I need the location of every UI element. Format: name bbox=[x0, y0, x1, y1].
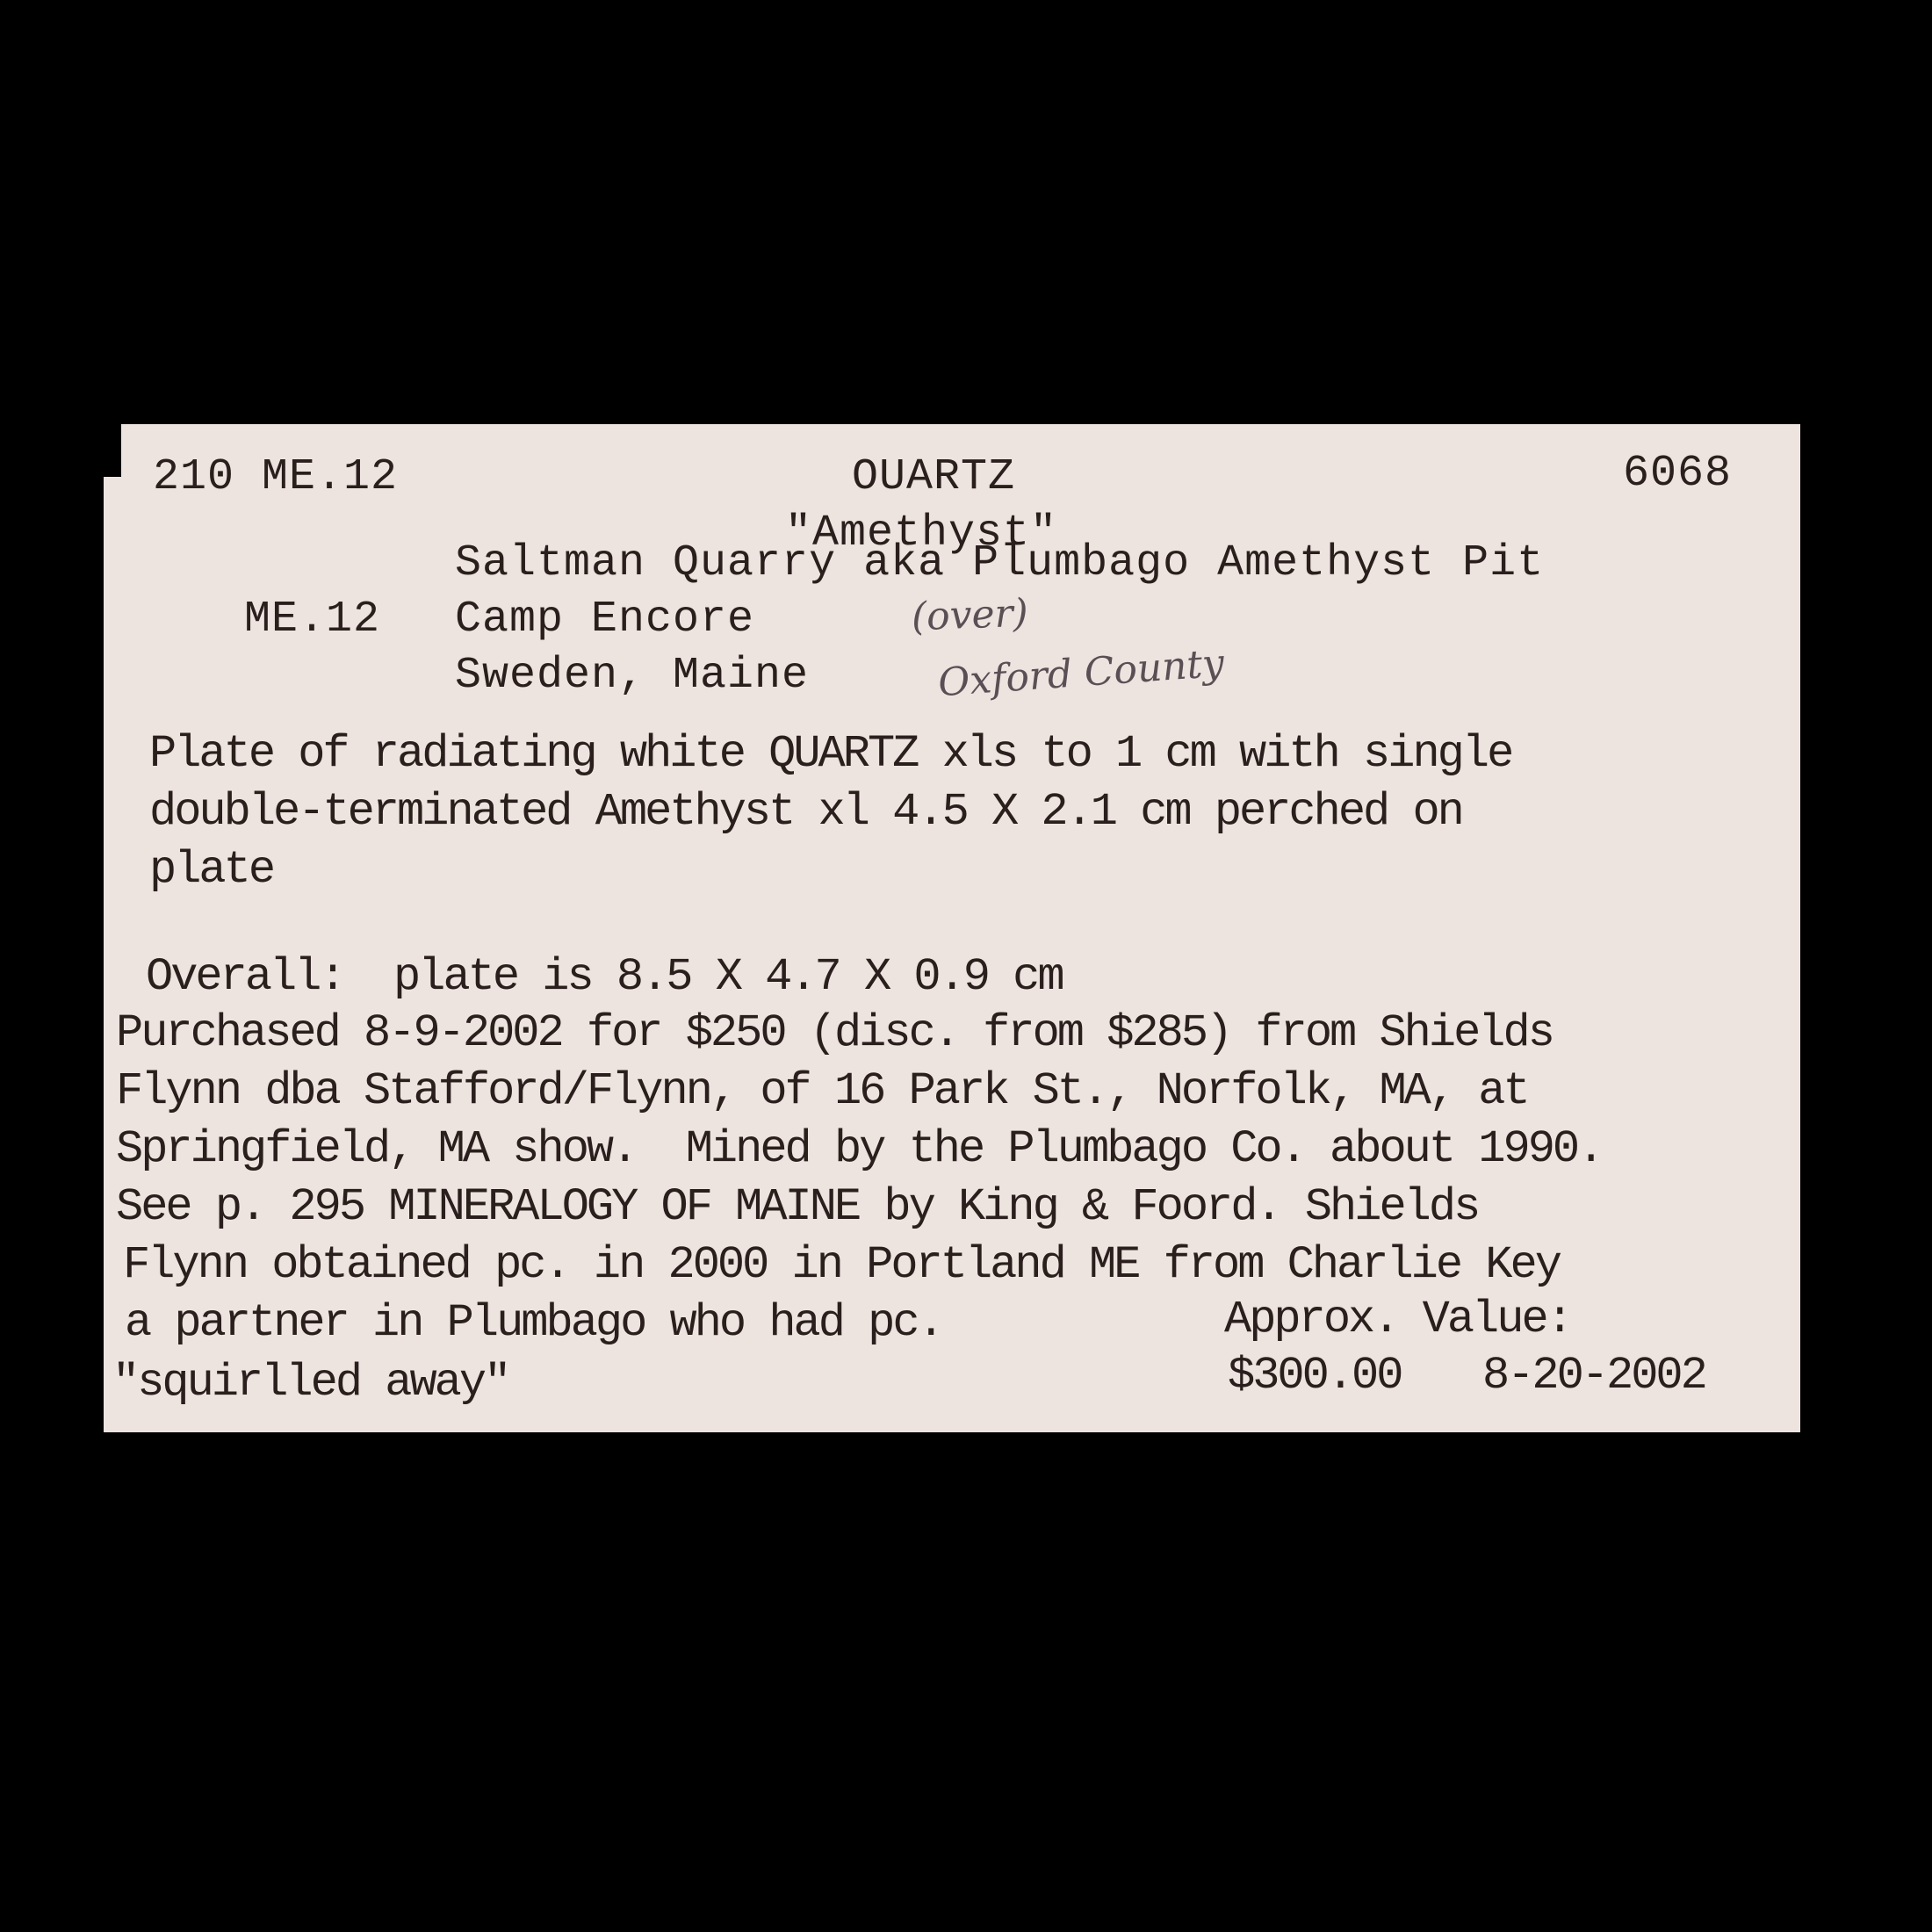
description-line-2: double-terminated Amethyst xl 4.5 X 2.1 … bbox=[149, 789, 1462, 835]
description-line-1: Plate of radiating white QUARTZ xls to 1… bbox=[149, 732, 1511, 777]
provenance-line-4: See p. 295 MINERALOGY OF MAINE by King &… bbox=[116, 1185, 1478, 1230]
provenance-line-5: Flynn obtained pc. in 2000 in Portland M… bbox=[123, 1243, 1560, 1288]
valuation-date: 8-20-2002 bbox=[1482, 1353, 1705, 1399]
approx-value-amount: $300.00 bbox=[1228, 1353, 1401, 1399]
provenance-line-6: a partner in Plumbago who had pc. bbox=[125, 1301, 942, 1346]
locality-line-2: Camp Encore bbox=[455, 598, 754, 642]
provenance-line-1: Purchased 8-9-2002 for $250 (disc. from … bbox=[116, 1011, 1553, 1056]
specimen-label-card: 210 ME.12 OUARTZ 6068 "Amethyst" Saltman… bbox=[104, 424, 1800, 1432]
approx-value-label: Approx. Value: bbox=[1224, 1297, 1571, 1343]
handwritten-over-note: (over) bbox=[911, 595, 1028, 638]
locality-line-1: Saltman Quarry aka Plumbago Amethyst Pit bbox=[455, 542, 1544, 586]
provenance-line-2: Flynn dba Stafford/Flynn, of 16 Park St.… bbox=[116, 1069, 1528, 1114]
locality-line-3: Sweden, Maine bbox=[455, 654, 809, 698]
mineral-name: OUARTZ bbox=[852, 456, 1015, 500]
catalog-reference: 210 ME.12 bbox=[153, 456, 398, 500]
description-line-3: plate bbox=[149, 847, 273, 893]
overall-dimensions: Overall: plate is 8.5 X 4.7 X 0.9 cm bbox=[146, 955, 1063, 1000]
provenance-line-3: Springfield, MA show. Mined by the Plumb… bbox=[116, 1127, 1602, 1172]
specimen-number: 6068 bbox=[1623, 452, 1732, 496]
handwritten-county-note: Oxford County bbox=[937, 645, 1225, 703]
provenance-line-7: "squirlled away" bbox=[112, 1360, 508, 1406]
locality-code: ME.12 bbox=[244, 598, 380, 642]
